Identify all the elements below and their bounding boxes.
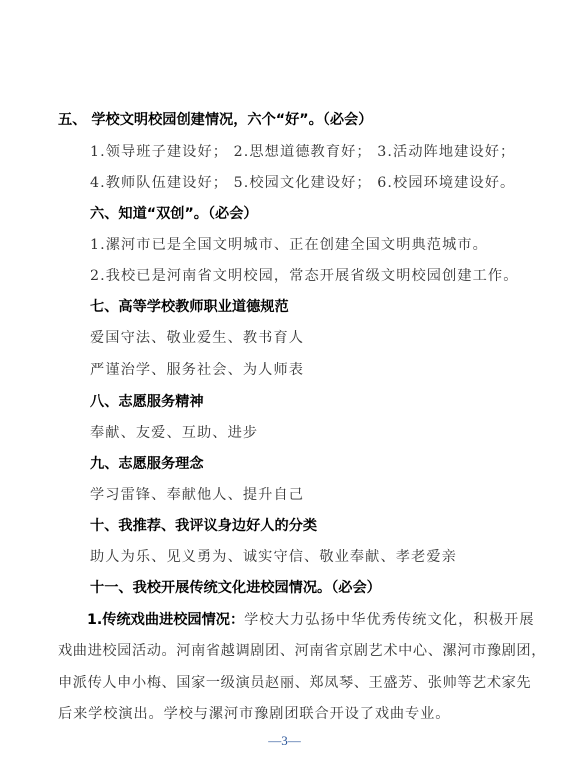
section-5-line-2: 4.教师队伍建设好； 5.校园文化建设好； 6.校园环境建设好。 (90, 173, 515, 193)
section-7-line-1: 爱国守法、敬业爱生、教书育人 (90, 328, 304, 348)
paragraph-line-3: 申派传人申小梅、国家一级演员赵丽、郑凤琴、王盛芳、张帅等艺术家先 (58, 673, 531, 693)
paragraph-text-1: 学校大力弘扬中华优秀传统文化，积极开展 (244, 612, 534, 628)
section-heading-5: 五、 学校文明校园创建情况，六个“好”。（必会） (58, 110, 372, 130)
paragraph-line-2: 戏曲进校园活动。河南省越调剧团、河南省京剧艺术中心、漯河市豫剧团， (58, 641, 546, 661)
section-6-line-2: 2.我校已是河南省文明校园，常态开展省级文明校园创建工作。 (90, 266, 519, 286)
page-number: —3— (0, 733, 569, 749)
section-heading-11: 十一、我校开展传统文化进校园情况。（必会） (90, 578, 381, 598)
section-heading-6: 六、知道“双创”。（必会） (90, 204, 258, 224)
section-8-line-1: 奉献、友爱、互助、进步 (90, 423, 258, 443)
section-6-line-1: 1.漯河市已是全国文明城市、正在创建全国文明典范城市。 (90, 235, 488, 255)
paragraph-lead: 1.传统戏曲进校园情况： (87, 612, 244, 628)
paragraph-line-1: 1.传统戏曲进校园情况：学校大力弘扬中华优秀传统文化，积极开展 (87, 610, 535, 630)
section-10-line-1: 助人为乐、见义勇为、诚实守信、敬业奉献、孝老爱亲 (90, 547, 457, 567)
section-heading-7: 七、高等学校教师职业道德规范 (90, 297, 289, 317)
section-heading-10: 十、我推荐、我评议身边好人的分类 (90, 516, 317, 536)
section-5-line-1: 1.领导班子建设好； 2.思想道德教育好； 3.活动阵地建设好； (90, 142, 515, 162)
section-7-line-2: 严谨治学、服务社会、为人师表 (90, 360, 304, 380)
paragraph-line-4: 后来学校演出。学校与漯河市豫剧团联合开设了戏曲专业。 (58, 704, 450, 724)
section-heading-8: 八、志愿服务精神 (90, 392, 204, 412)
section-heading-9: 九、志愿服务理念 (90, 454, 204, 474)
section-9-line-1: 学习雷锋、奉献他人、提升自己 (90, 485, 304, 505)
